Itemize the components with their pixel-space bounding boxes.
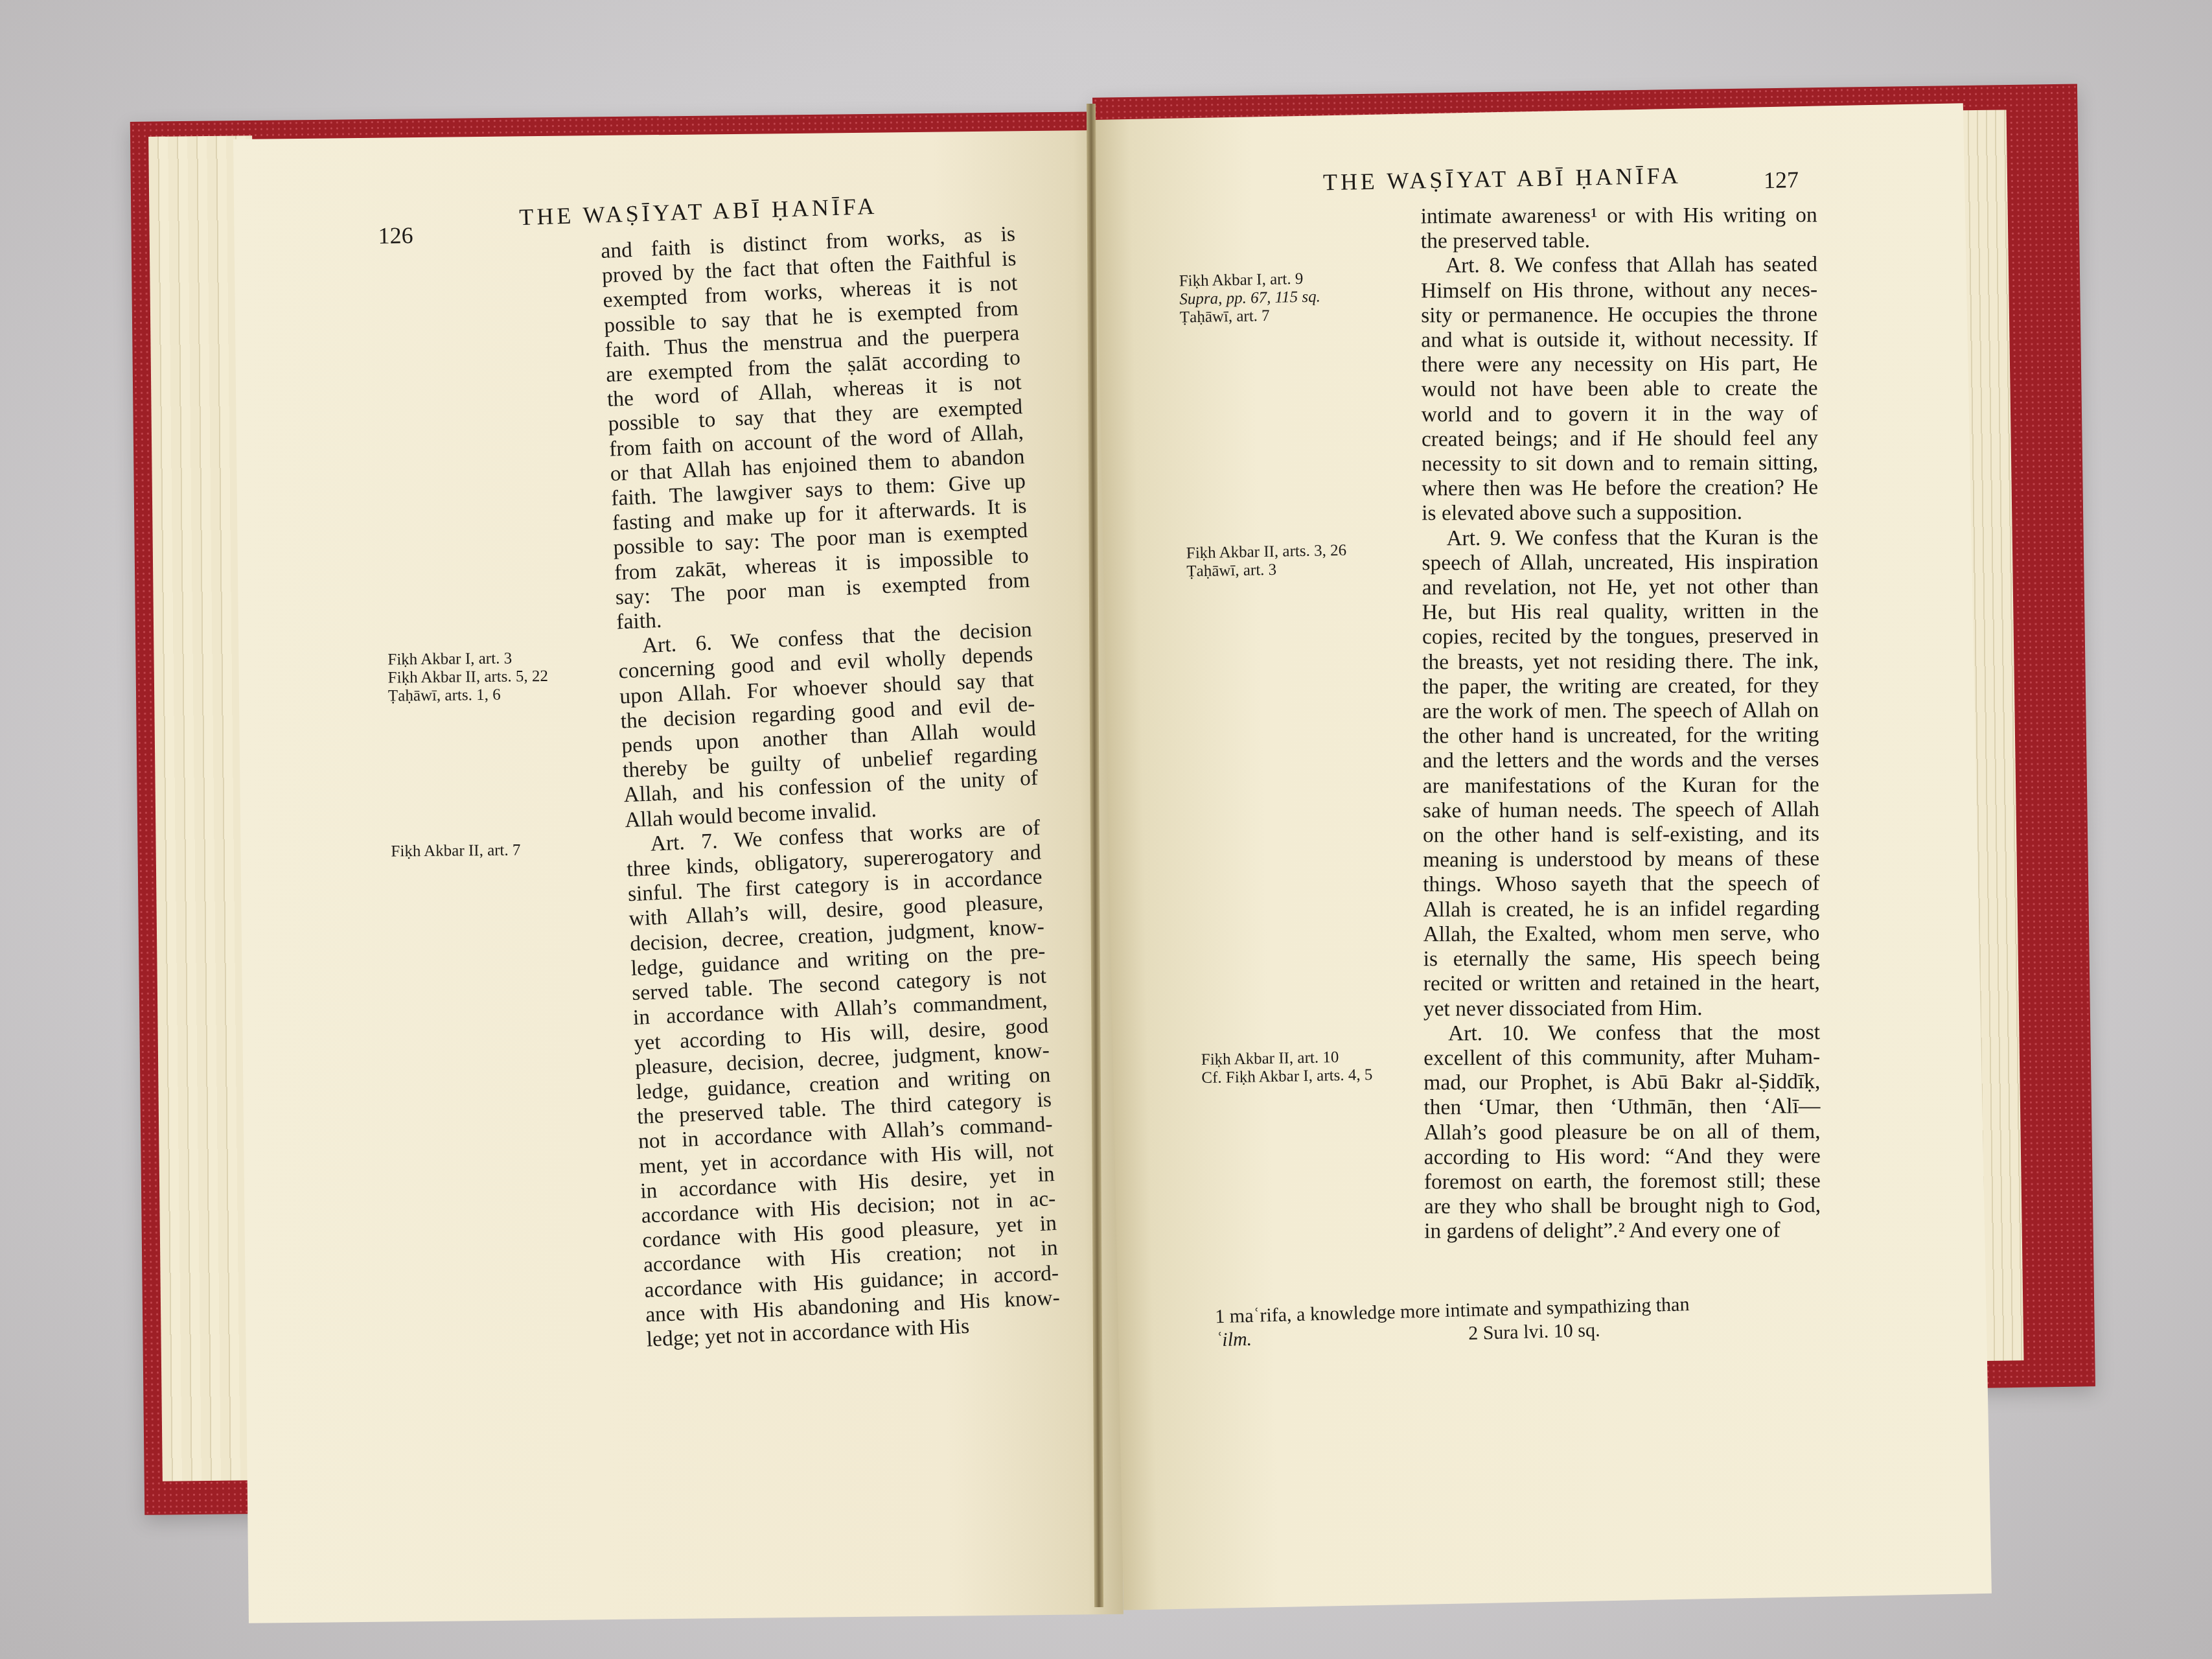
margin-note: Ṭaḥāwī, art. 3 [1186,560,1347,581]
right-page-body: intimate awareness¹ or with His writing … [1421,203,1821,1244]
margin-note: Ṭaḥāwī, art. 7 [1180,306,1321,327]
text-line: world and to govern it in the way of [1422,401,1818,427]
text-line: sake of human needs. The speech of Allah [1423,797,1819,823]
footnote-2: 2 Sura lvi. 10 sq. [1468,1319,1600,1345]
text-line: intimate awareness¹ or with His writing … [1421,203,1817,229]
margin-notes-art8: Fiḳh Akbar I, art. 9 Supra, pp. 67, 115 … [1179,270,1321,327]
text-line: and what is outside it, without necessit… [1421,327,1817,353]
text-line: foremost on earth, the foremost still; t… [1424,1168,1821,1194]
margin-note: Ṭaḥāwī, arts. 1, 6 [388,686,548,706]
text-line: the breasts, yet not residing there. The… [1422,649,1819,675]
margin-notes-art9: Fiḳh Akbar II, arts. 3, 26 Ṭaḥāwī, art. … [1186,542,1347,581]
text-line: are the work of men. The speech of Allah… [1422,698,1819,724]
text-line: the other hand is uncreated, for the wri… [1422,723,1819,749]
margin-notes-art7: Fiḳh Akbar II, art. 7 [391,841,520,861]
text-line: mad, our Prophet, is Abū Bakr al-Ṣiddīḳ, [1423,1069,1820,1095]
text-line: and revelation, not He, yet not other th… [1422,574,1819,600]
margin-note: Fiḳh Akbar II, art. 7 [391,841,520,861]
text-line: meaning is understood by means of these [1423,847,1819,873]
text-line: Art. 9. We confess that the Kuran is the [1422,525,1818,551]
text-line: the paper, the writing are created, for … [1422,673,1819,699]
margin-notes-art6: Fiḳh Akbar I, art. 3 Fiḳh Akbar II, arts… [387,649,548,706]
text-line: are they who shall be brought nigh to Go… [1424,1193,1821,1219]
margin-note: Fiḳh Akbar I, art. 3 [387,649,547,669]
text-line: are manifestations of the Kuran for the [1423,772,1819,798]
right-page: THE WAṢĪYAT ABĪ ḤANĪFA 127 Fiḳh Akbar I,… [1095,103,1992,1610]
text-line: He, but His real quality, written in the [1422,599,1819,625]
text-line: speech of Allah, uncreated, His inspirat… [1422,550,1818,575]
margin-note: Fiḳh Akbar I, art. 9 [1179,270,1320,290]
left-page-body: and faith is distinct from works, as isp… [601,222,1061,1352]
text-line: Allah is created, he is an infidel regar… [1423,896,1819,922]
text-line: is elevated above such a supposition. [1422,500,1818,526]
margin-note: Fiḳh Akbar II, arts. 5, 22 [388,667,548,688]
running-head-right: THE WAṢĪYAT ABĪ ḤANĪFA [1323,162,1682,196]
text-line: and the letters and the words and the ve… [1423,748,1819,774]
text-line: necessity to sit down and to remain sitt… [1422,450,1818,476]
text-line: Art. 8. We confess that Allah has seated [1421,253,1817,279]
text-line: where then was He before the creation? H… [1422,475,1818,501]
text-line: things. Whoso sayeth that the speech of [1423,872,1819,898]
text-line: the preserved table. [1421,227,1817,253]
text-line: then ‘Umar, then ‘Uthmān, then ‘Alī— [1423,1095,1820,1120]
text-line: Allah’s good pleasure be on all of them, [1424,1119,1821,1145]
text-line: according to His word: “And they were [1424,1144,1821,1170]
text-line: Himself on His throne, without any neces… [1421,277,1817,303]
text-line: created beings; and if He should feel an… [1422,426,1818,452]
text-line: yet never dissociated from Him. [1423,995,1820,1021]
text-line: there were any necessity on His part, He [1421,351,1817,377]
text-line: sity or permanence. He occupies the thro… [1421,302,1817,328]
text-line: excellent of this community, after Muham… [1423,1045,1820,1071]
text-line: is eternally the same, His speech being [1423,946,1820,971]
page-number-left: 126 [378,222,413,249]
margin-note: Cf. Fiḳh Akbar I, arts. 4, 5 [1201,1066,1372,1087]
page-number-right: 127 [1764,166,1799,194]
left-page: 126 THE WAṢĪYAT ABĪ ḤANĪFA Fiḳh Akbar I,… [233,130,1123,1623]
text-line: would not have been able to create the [1422,377,1818,402]
text-line: in gardens of delight”.² And every one o… [1424,1218,1821,1244]
running-head-left: THE WAṢĪYAT ABĪ ḤANĪFA [519,192,878,231]
text-line: Allah, the Exalted, whom men serve, who [1423,921,1819,947]
text-line: recited or written and retained in the h… [1423,971,1820,997]
text-line: on the other hand is self-existing, and … [1423,822,1819,848]
margin-note: Supra, pp. 67, 115 sq. [1179,288,1320,308]
text-line: Art. 10. We confess that the most [1423,1020,1820,1046]
margin-note: Fiḳh Akbar II, arts. 3, 26 [1186,542,1347,563]
text-line: copies, recited by the tongues, preserve… [1422,624,1819,650]
footnotes: 1 maʿrifa, a knowledge more intimate and… [1215,1293,1690,1352]
margin-notes-art10: Fiḳh Akbar II, art. 10 Cf. Fiḳh Akbar I,… [1201,1048,1373,1087]
